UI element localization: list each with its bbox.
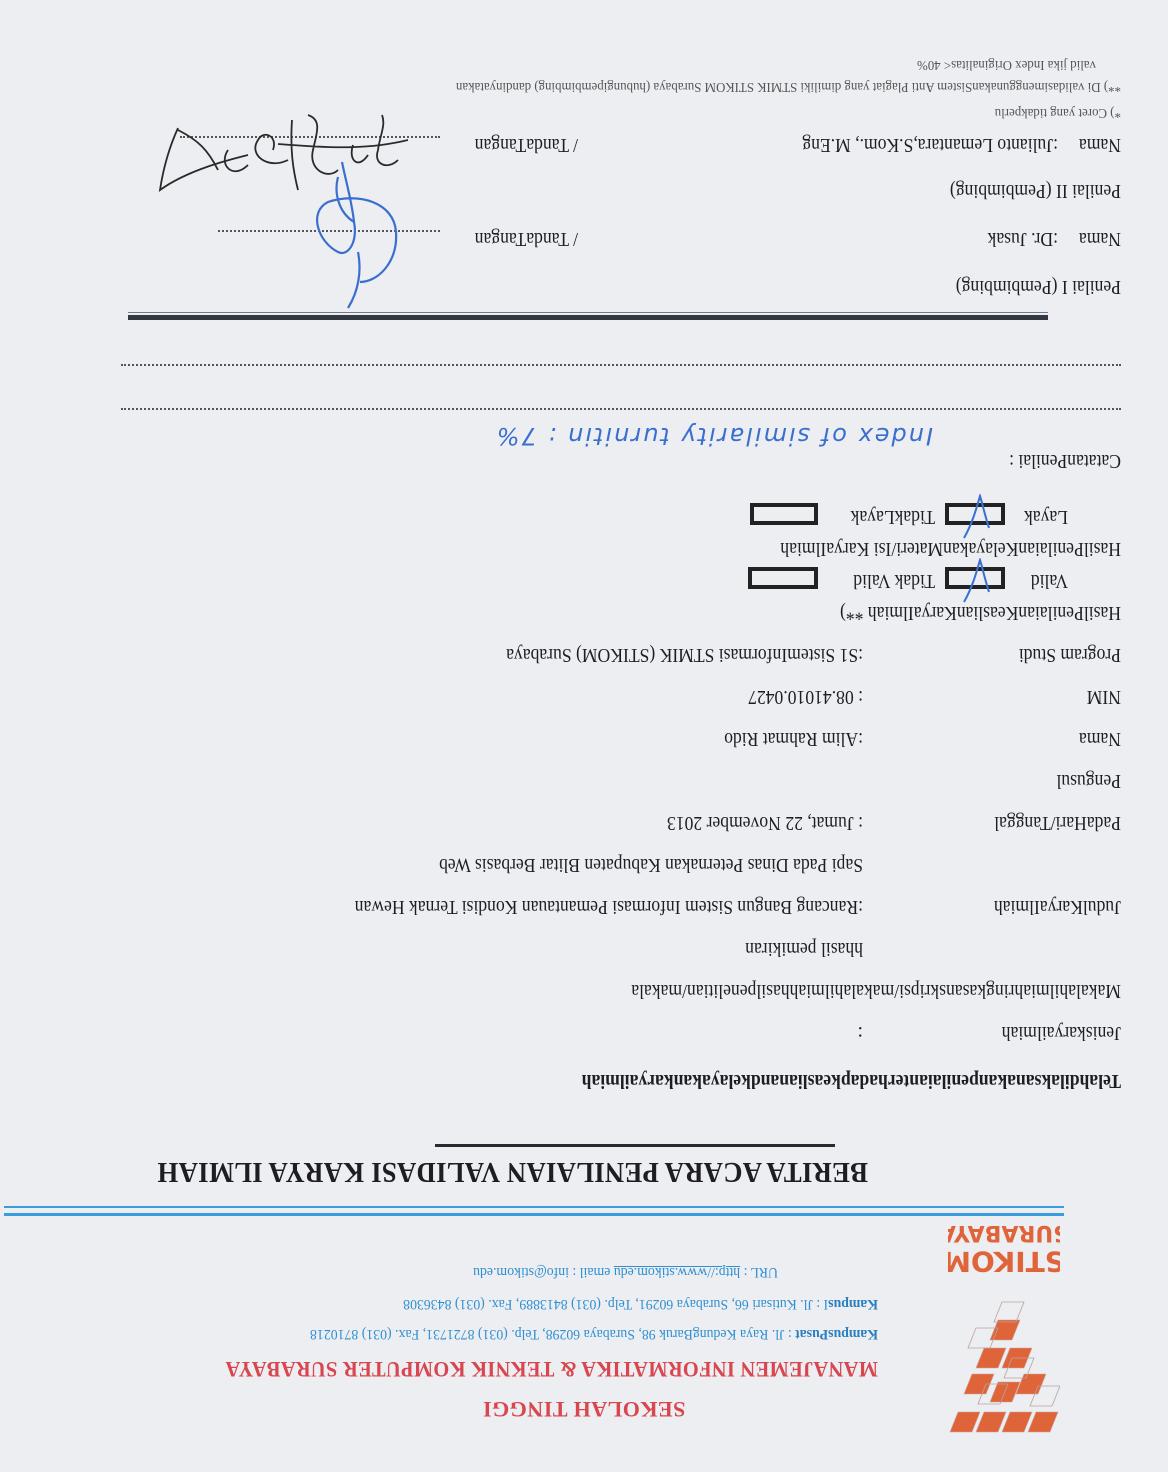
tidak-valid-checkbox[interactable]: [748, 567, 818, 589]
letterhead-divider-top: [4, 1213, 1064, 1216]
keaslian-heading: HasilPenilaianKeaslianKaryaIlmiah **): [840, 601, 1121, 624]
email-text: email : info@stikom.edu: [473, 1264, 614, 1280]
section-divider: [128, 315, 1048, 320]
catatan-label: CatatanPenilai :: [1009, 449, 1121, 472]
judul-label: JudulKaryaIlmiah: [994, 895, 1121, 918]
prodi-value: :S1 SistemInformasi STMIK (STIKOM) Surab…: [506, 643, 863, 666]
jenis-label: Jeniskaryailmiah: [1002, 1021, 1121, 1044]
tidak-valid-label: Tidak Valid: [853, 569, 935, 592]
nama-value: :Alim Rahmat Rido: [724, 727, 863, 750]
footnote-2: **) Di validasimenggunakanSistem Anti Pl…: [456, 78, 1121, 94]
jenis-value-line2: hhasil pemikiran: [745, 937, 863, 960]
title-underline: [435, 1144, 835, 1147]
catatan-dotted-line-2: [121, 364, 1121, 366]
judul-value-line2: Sapi Pada Dinas Peternakan Kabupaten Bli…: [439, 853, 863, 876]
campus-main-address: KampusPusat : Jl. Raya KedungBaruk 98, S…: [310, 1325, 878, 1342]
valid-label: Valid: [1031, 569, 1068, 592]
section-divider-thin: [128, 312, 1048, 313]
nim-label: NIM: [1087, 685, 1121, 708]
campus-main-label: KampusPusat: [795, 1326, 878, 1342]
penilai1-role: Penilai I (Pembimbing): [956, 275, 1121, 298]
school-name-line1: SEKOLAH TINGGI: [0, 1396, 1168, 1422]
jenis-colon: :: [857, 1021, 863, 1044]
catatan-dotted-line-1: [121, 408, 1121, 410]
prodi-label: Program Studi: [1019, 643, 1121, 666]
penilai2-name-value: :Julianto Lemantara,S.Kom., M.Eng: [802, 133, 1058, 156]
campus-other-label: Kampus: [828, 1296, 878, 1312]
svg-text:STIKOM: STIKOM: [948, 1245, 1060, 1278]
nim-value: : 08.41010.0427: [748, 685, 863, 708]
penilai1-name-label: Nama: [1079, 227, 1121, 250]
footnote-1: *) Coret yang tidakperlu: [995, 104, 1121, 120]
tidak-layak-label: TidakLayak: [851, 505, 935, 528]
footnote-3: valid jika Index Originalitas< 40%: [917, 56, 1096, 72]
campus-other-address: KampusI : Jl. Kutisari 66, Surabaya 6029…: [403, 1295, 878, 1312]
nama-label: Nama: [1079, 727, 1121, 750]
penilai1-name-value: :Dr. Jusak: [988, 227, 1058, 250]
svg-text:SURABAYA: SURABAYA: [948, 1220, 1060, 1245]
valid-checkmark-icon: [962, 558, 992, 604]
penilai2-role: Penilai II (Pembimbing): [950, 179, 1121, 202]
contact-line: URL : http://www.stikom.edu email : info…: [473, 1263, 778, 1280]
tidak-layak-checkbox[interactable]: [750, 503, 818, 525]
penilai2-sign-label: / TandaTangan: [475, 133, 578, 156]
tanggal-value: : Jumat, 22 November 2013: [667, 811, 863, 834]
penilai2-name-label: Nama: [1079, 133, 1121, 156]
layak-checkmark-icon: [962, 494, 992, 540]
website-link[interactable]: http://www.stikom.edu: [614, 1264, 740, 1280]
penilai1-sign-label: / TandaTangan: [475, 227, 578, 250]
pengusul-label: Pengusul: [1056, 769, 1121, 792]
tanggal-label: PadaHari/Tanggal: [994, 811, 1121, 834]
judul-value-line1: :Rancang Bangun Sistem Informasi Pemanta…: [355, 895, 863, 918]
document-title: BERITA ACARA PENILAIAN VALIDASI KARYA IL…: [157, 1155, 868, 1188]
kelayakan-heading: HasilPenilaianKelayakanMateri/Isi KaryaI…: [780, 537, 1121, 560]
intro-text: Telahdilaksanakanpenilaianterhadapkeasli…: [582, 1069, 1121, 1092]
layak-label: Layak: [1024, 505, 1068, 528]
penilai2-signature: [158, 100, 408, 210]
scanned-document-page: STIKOM SURABAYA SEKOLAH TINGGI MANAJEMEN…: [0, 0, 1168, 1472]
jenis-value-line1: Makalahilmiahringkasanskripsi/makalahilm…: [631, 979, 1121, 1002]
handwritten-note: Index of similarity turnitin : 7%: [495, 422, 933, 450]
letterhead-divider-bottom: [4, 1206, 1064, 1208]
school-name-line2: MANAJEMEN INFORMATIKA & TEKNIK KOMPUTER …: [225, 1356, 878, 1382]
